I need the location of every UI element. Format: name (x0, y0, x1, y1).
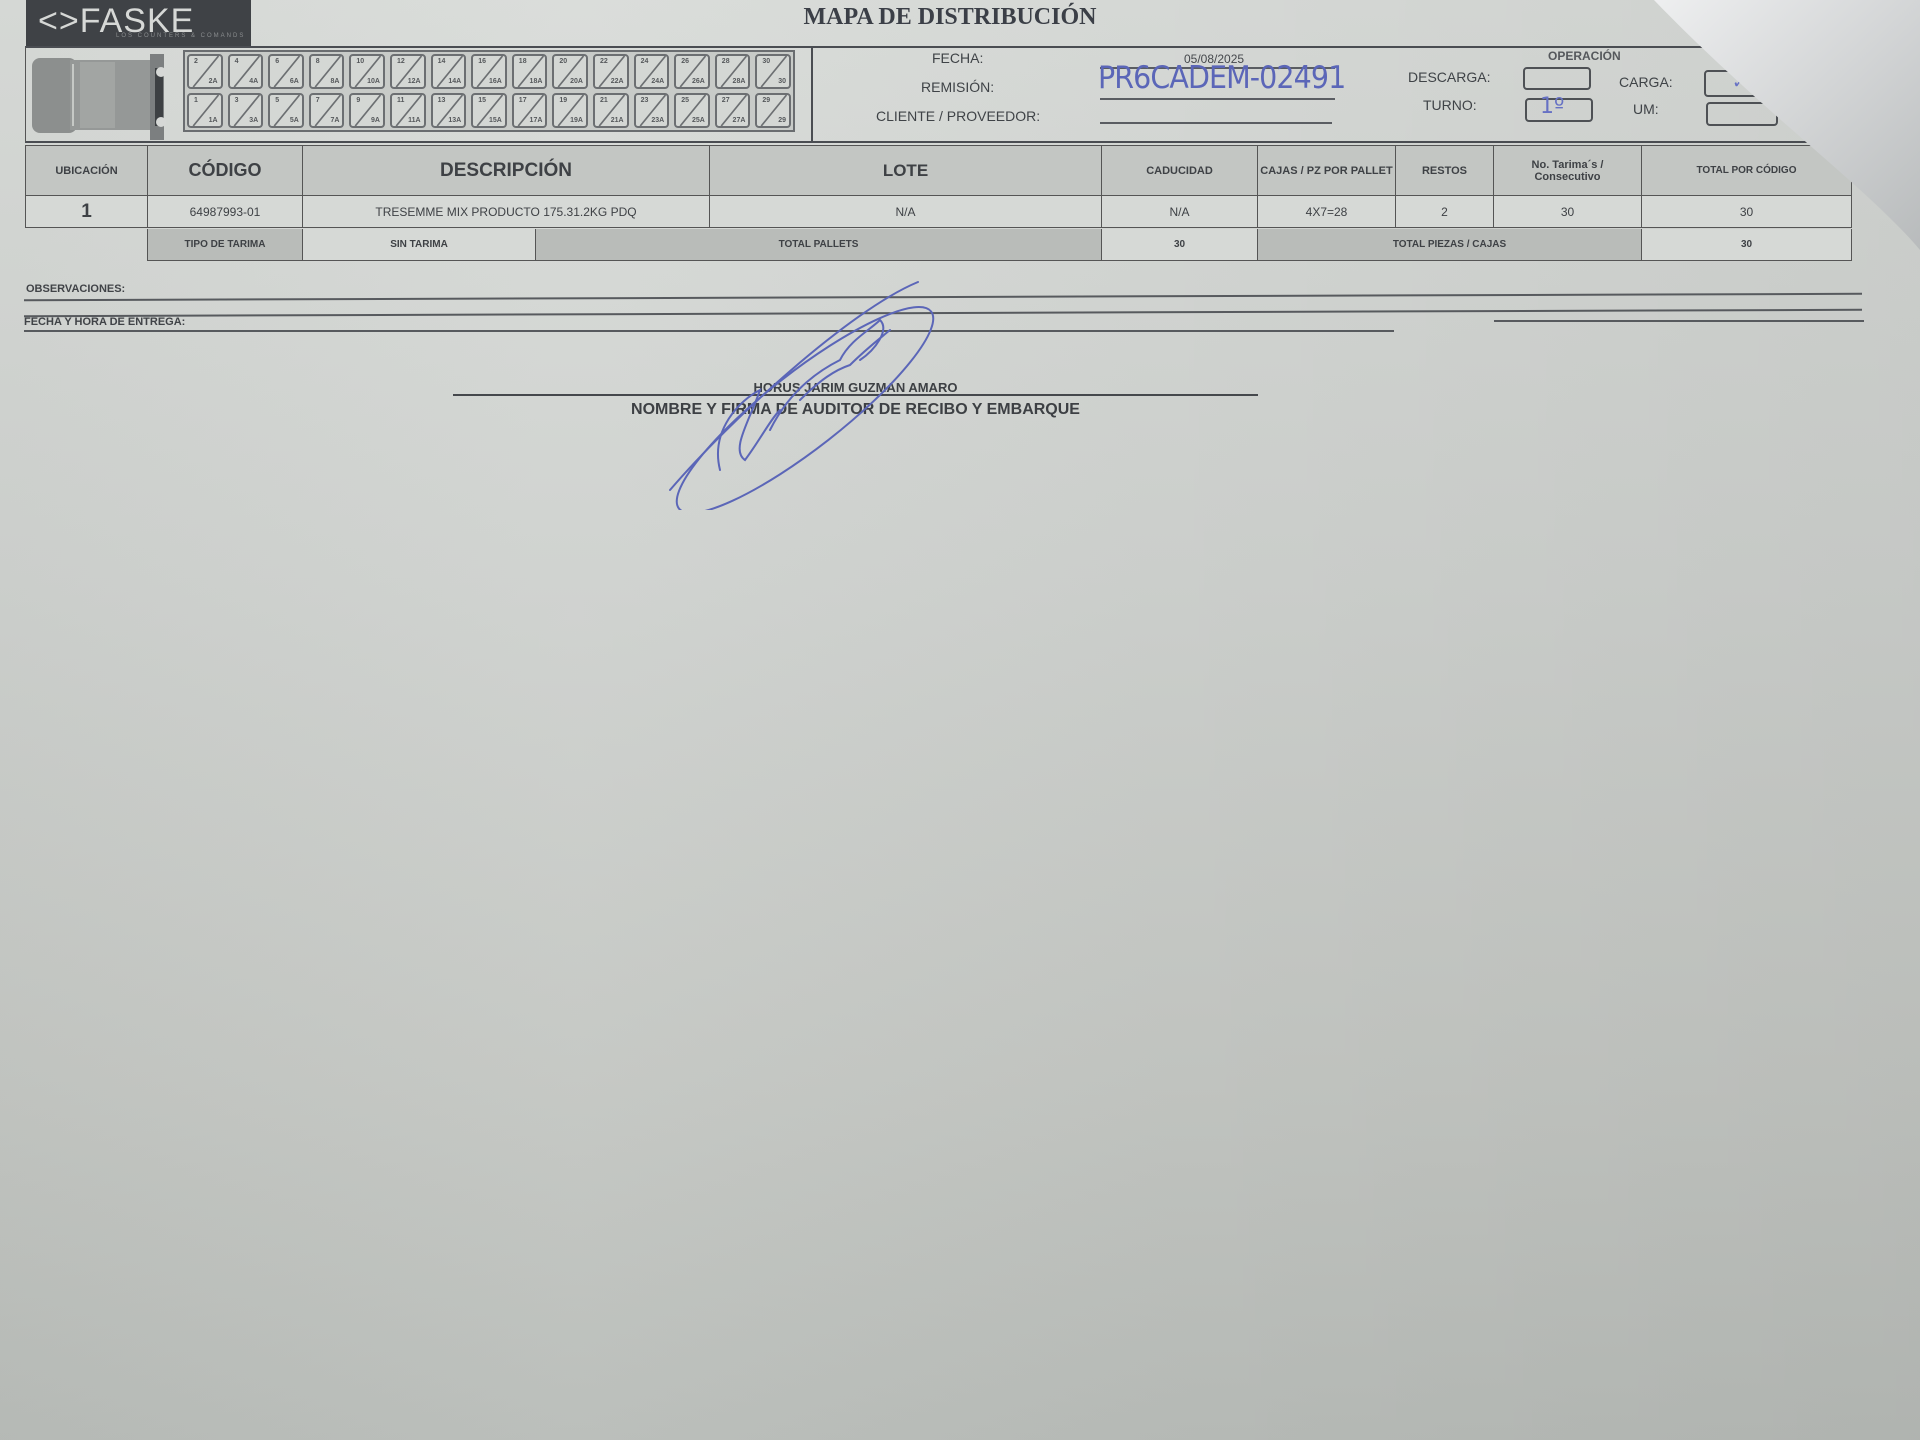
grid-cell-alt: 9A (371, 117, 380, 124)
grid-cell: 2828A (715, 54, 751, 89)
tipo-tarima-label: TIPO DE TARIMA (148, 229, 303, 261)
auditor-name: HORUS JARIM GUZMAN AMARO (453, 380, 1258, 395)
table-row: 1 64987993-01 TRESEMME MIX PRODUCTO 175.… (25, 196, 1852, 228)
grid-cell-number: 26 (681, 58, 689, 65)
grid-cell-alt: 25A (692, 117, 705, 124)
totals-row: TIPO DE TARIMA SIN TARIMA TOTAL PALLETS … (147, 229, 1852, 261)
grid-cell: 1010A (349, 54, 385, 89)
turno-value: 1º (1540, 94, 1564, 119)
grid-cell-number: 17 (519, 97, 527, 104)
pallet-location-grid: 22A44A66A88A1010A1212A1414A1616A1818A202… (183, 50, 795, 132)
cell-lote: N/A (710, 196, 1102, 228)
remision-label: REMISIÓN: (921, 79, 994, 95)
grid-cell-number: 30 (762, 58, 770, 65)
total-piezas-label: TOTAL PIEZAS / CAJAS (1258, 229, 1642, 261)
grid-cell-number: 12 (397, 58, 405, 65)
total-pallets-value: 30 (1102, 229, 1258, 261)
col-restos: RESTOS (1396, 146, 1494, 196)
document-title: MAPA DE DISTRIBUCIÓN (700, 4, 1200, 31)
cell-descripcion: TRESEMME MIX PRODUCTO 175.31.2KG PDQ (303, 196, 710, 228)
fecha-hora-entrega-line-2[interactable] (1494, 320, 1864, 322)
descarga-checkbox[interactable] (1523, 67, 1591, 90)
observaciones-label: OBSERVACIONES: (26, 283, 125, 295)
grid-cell-alt: 19A (570, 117, 583, 124)
cell-cajas-por-pallet: 4X7=28 (1258, 196, 1396, 228)
signature-line (453, 394, 1258, 396)
grid-cell-number: 6 (275, 58, 279, 65)
grid-cell-alt: 17A (530, 117, 543, 124)
folded-page-corner (1640, 0, 1920, 250)
turno-label: TURNO: (1423, 97, 1477, 113)
table-header-row: UBICACIÓN CÓDIGO DESCRIPCIÓN LOTE CADUCI… (25, 145, 1852, 196)
col-descripcion: DESCRIPCIÓN (303, 146, 710, 196)
cell-caducidad: N/A (1102, 196, 1258, 228)
grid-cell: 2424A (634, 54, 670, 89)
col-ubicacion: UBICACIÓN (26, 146, 148, 196)
grid-cell-alt: 11A (408, 117, 420, 124)
grid-cell-alt: 22A (611, 78, 624, 85)
grid-cell-alt: 27A (733, 117, 746, 124)
grid-cell-number: 22 (600, 58, 608, 65)
remision-value[interactable]: PR6CADEM-02491 (1098, 60, 1345, 96)
auditor-caption: NOMBRE Y FIRMA DE AUDITOR DE RECIBO Y EM… (453, 401, 1258, 419)
col-lote: LOTE (710, 146, 1102, 196)
grid-cell-number: 8 (316, 58, 320, 65)
grid-cell-number: 3 (235, 97, 239, 104)
grid-cell-number: 10 (356, 58, 364, 65)
grid-cell-alt: 14A (448, 78, 461, 85)
tipo-tarima-value: SIN TARIMA (303, 229, 536, 261)
grid-cell: 1919A (552, 93, 588, 128)
logo-tagline: LOS COUNTERS & COMANDS (116, 33, 245, 39)
grid-cell: 88A (309, 54, 345, 89)
grid-cell: 11A (187, 93, 223, 128)
grid-cell-number: 2 (194, 58, 198, 65)
grid-cell-number: 24 (641, 58, 649, 65)
grid-cell-number: 19 (559, 97, 567, 104)
grid-cell-alt: 18A (530, 78, 543, 85)
grid-cell-number: 25 (681, 97, 689, 104)
grid-cell-alt: 16A (489, 78, 502, 85)
operacion-label: OPERACIÓN (1548, 49, 1621, 63)
grid-cell-alt: 4A (249, 78, 258, 85)
grid-cell-alt: 29 (778, 117, 786, 124)
grid-cell-number: 29 (762, 97, 770, 104)
grid-cell-alt: 5A (290, 117, 299, 124)
grid-cell-number: 21 (600, 97, 608, 104)
grid-cell: 1414A (431, 54, 467, 89)
fecha-label: FECHA: (932, 50, 983, 66)
grid-cell-number: 28 (722, 58, 730, 65)
header-divider (811, 47, 813, 143)
grid-cell: 99A (349, 93, 385, 128)
cell-ubicacion: 1 (26, 196, 148, 228)
grid-cell: 2727A (715, 93, 751, 128)
col-no-tarimas: No. Tarima´s / Consecutivo (1494, 146, 1642, 196)
grid-cell: 2929 (755, 93, 791, 128)
grid-cell-alt: 26A (692, 78, 705, 85)
descarga-label: DESCARGA: (1408, 69, 1490, 85)
grid-cell: 1616A (471, 54, 507, 89)
grid-cell: 1212A (390, 54, 426, 89)
grid-cell: 3030 (755, 54, 791, 89)
grid-cell-number: 18 (519, 58, 527, 65)
grid-cell-number: 1 (194, 97, 198, 104)
grid-cell-alt: 15A (489, 117, 502, 124)
grid-cell-number: 20 (559, 58, 567, 65)
grid-cell-alt: 8A (330, 78, 339, 85)
fecha-hora-entrega-line[interactable] (24, 330, 1394, 332)
grid-cell-alt: 13A (448, 117, 461, 124)
col-cajas-por-pallet: CAJAS / PZ POR PALLET (1258, 146, 1396, 196)
col-caducidad: CADUCIDAD (1102, 146, 1258, 196)
cell-no-tarimas: 30 (1494, 196, 1642, 228)
grid-cell-alt: 20A (570, 78, 583, 85)
grid-cell-number: 14 (438, 58, 446, 65)
remision-underline (1100, 98, 1335, 100)
grid-cell-alt: 6A (290, 78, 299, 85)
grid-cell-number: 7 (316, 97, 320, 104)
grid-cell: 2525A (674, 93, 710, 128)
grid-cell: 33A (228, 93, 264, 128)
grid-cell: 2121A (593, 93, 629, 128)
grid-cell: 1515A (471, 93, 507, 128)
cliente-proveedor-field[interactable] (1100, 122, 1332, 124)
cliente-proveedor-label: CLIENTE / PROVEEDOR: (876, 108, 1040, 124)
grid-cell: 22A (187, 54, 223, 89)
grid-cell-alt: 1A (209, 117, 218, 124)
grid-cell-number: 27 (722, 97, 730, 104)
grid-cell-number: 9 (356, 97, 360, 104)
grid-cell-alt: 10A (367, 78, 380, 85)
cell-restos: 2 (1396, 196, 1494, 228)
grid-cell: 1717A (512, 93, 548, 128)
grid-cell: 66A (268, 54, 304, 89)
grid-cell-alt: 24A (651, 78, 664, 85)
grid-cell: 2222A (593, 54, 629, 89)
grid-cell-alt: 30 (778, 78, 786, 85)
grid-cell-alt: 3A (249, 117, 258, 124)
grid-cell-alt: 23A (651, 117, 664, 124)
grid-cell: 44A (228, 54, 264, 89)
cell-codigo: 64987993-01 (148, 196, 303, 228)
grid-cell: 1111A (390, 93, 426, 128)
grid-cell-alt: 12A (408, 78, 421, 85)
grid-cell: 1818A (512, 54, 548, 89)
truck-trailer-icon (30, 50, 170, 140)
grid-cell: 2020A (552, 54, 588, 89)
grid-cell-number: 15 (478, 97, 486, 104)
observaciones-line-2[interactable] (24, 309, 1862, 317)
grid-cell-number: 16 (478, 58, 486, 65)
grid-cell-number: 23 (641, 97, 649, 104)
grid-cell-number: 11 (397, 97, 404, 104)
grid-cell: 2626A (674, 54, 710, 89)
total-pallets-label: TOTAL PALLETS (536, 229, 1102, 261)
grid-cell-alt: 28A (733, 78, 746, 85)
observaciones-line-1[interactable] (24, 293, 1862, 301)
grid-cell: 77A (309, 93, 345, 128)
grid-cell-number: 4 (235, 58, 239, 65)
grid-cell-number: 5 (275, 97, 279, 104)
grid-cell-alt: 7A (330, 117, 339, 124)
grid-cell: 1313A (431, 93, 467, 128)
grid-cell: 2323A (634, 93, 670, 128)
grid-cell-number: 13 (438, 97, 446, 104)
grid-cell-alt: 2A (209, 78, 218, 85)
faske-logo: <>FASKE LOS COUNTERS & COMANDS (26, 0, 251, 46)
grid-cell-alt: 21A (611, 117, 624, 124)
fecha-hora-entrega-label: FECHA Y HORA DE ENTREGA: (24, 316, 185, 328)
grid-cell: 55A (268, 93, 304, 128)
col-codigo: CÓDIGO (148, 146, 303, 196)
